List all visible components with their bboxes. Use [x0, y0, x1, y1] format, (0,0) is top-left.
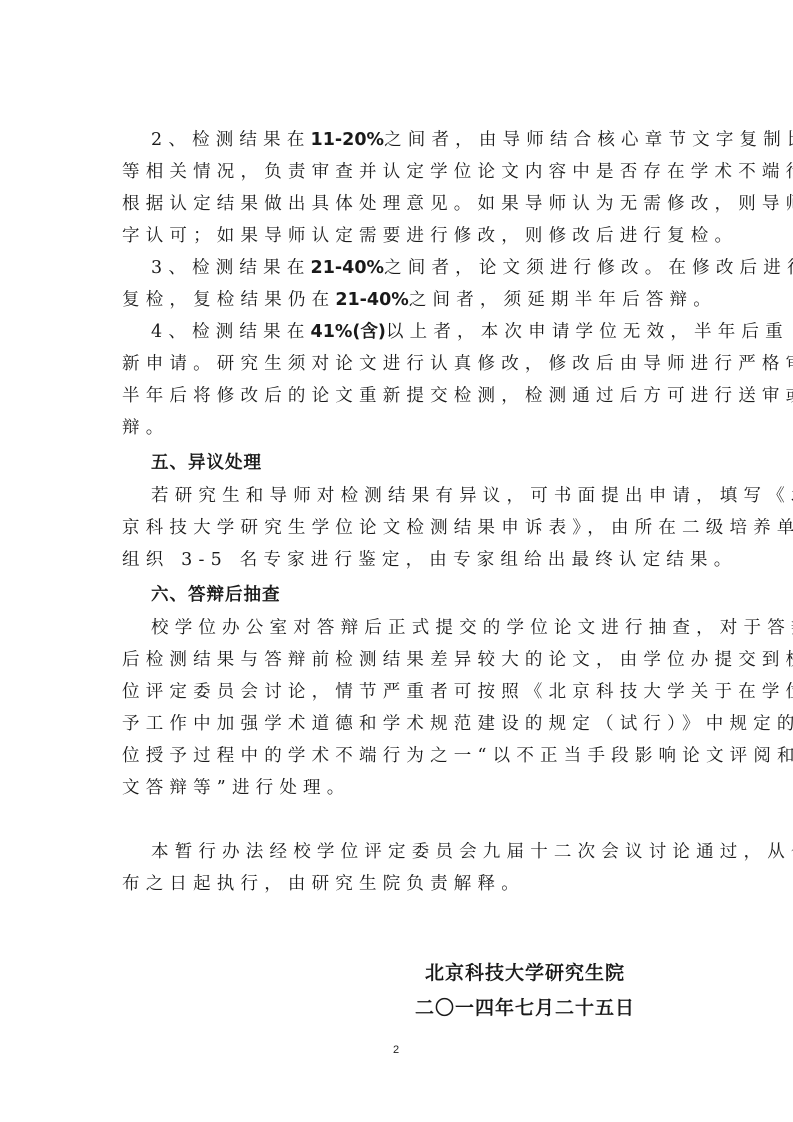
bold-range: 21-40% — [335, 290, 409, 310]
paragraph-item2-line2: 等相关情况，负责审查并认定学位论文内容中是否存在学术不端行为， — [122, 160, 793, 184]
paragraph-objection-line2: 京科技大学研究生学位论文检测结果申诉表》，由所在二级培养单位 — [122, 516, 793, 540]
paragraph-objection-line1: 若研究生和导师对检测结果有异议，可书面提出申请，填写《北 — [151, 484, 793, 508]
paragraph-effective-line1: 本暂行办法经校学位评定委员会九届十二次会议讨论通过，从公 — [151, 840, 793, 864]
paragraph-item3-line2: 复检，复检结果仍在21-40%之间者，须延期半年后答辩。 — [122, 288, 717, 312]
paragraph-item2-line3: 根据认定结果做出具体处理意见。如果导师认为无需修改，则导师签 — [122, 192, 793, 216]
paragraph-check-line6: 文答辩等”进行处理。 — [122, 776, 350, 800]
paragraph-check-line3: 位评定委员会讨论，情节严重者可按照《北京科技大学关于在学位授 — [122, 680, 793, 704]
paragraph-check-line4: 予工作中加强学术道德和学术规范建设的规定（试行）》中规定的学 — [122, 712, 793, 736]
paragraph-item4-line4: 辩。 — [122, 416, 169, 440]
paragraph-item2-line1: 2、检测结果在11-20%之间者，由导师结合核心章节文字复制比 — [151, 128, 793, 152]
paragraph-item4-line1: 4、检测结果在41%(含)以上者，本次申请学位无效，半年后重 — [151, 320, 789, 344]
paragraph-effective-line2: 布之日起执行，由研究生院负责解释。 — [122, 872, 525, 896]
paragraph-check-line5: 位授予过程中的学术不端行为之一“以不正当手段影响论文评阅和论 — [122, 744, 793, 768]
paragraph-item3-line1: 3、检测结果在21-40%之间者，论文须进行修改。在修改后进行 — [151, 256, 793, 280]
paragraph-objection-line3: 组织 3-5 名专家进行鉴定，由专家组给出最终认定结果。 — [122, 548, 737, 572]
paragraph-item4-line3: 半年后将修改后的论文重新提交检测，检测通过后方可进行送审或答 — [122, 384, 793, 408]
signature-organization: 北京科技大学研究生院 — [425, 958, 625, 985]
bold-range: 11-20% — [311, 130, 385, 150]
signature-date: 二〇一四年七月二十五日 — [415, 993, 635, 1020]
page-number: 2 — [393, 1044, 399, 1056]
section-heading-objection: 五、异议处理 — [151, 451, 262, 475]
bold-range: 21-40% — [311, 258, 385, 278]
paragraph-item4-line2: 新申请。研究生须对论文进行认真修改，修改后由导师进行严格审核， — [122, 352, 793, 376]
paragraph-item2-line4: 字认可；如果导师认定需要进行修改，则修改后进行复检。 — [122, 224, 738, 248]
section-heading-post-defense-check: 六、答辩后抽查 — [151, 583, 281, 607]
paragraph-check-line2: 后检测结果与答辩前检测结果差异较大的论文，由学位办提交到校学 — [122, 648, 793, 672]
paragraph-check-line1: 校学位办公室对答辩后正式提交的学位论文进行抽查，对于答辩 — [151, 616, 793, 640]
bold-range: 41%(含) — [311, 322, 386, 342]
